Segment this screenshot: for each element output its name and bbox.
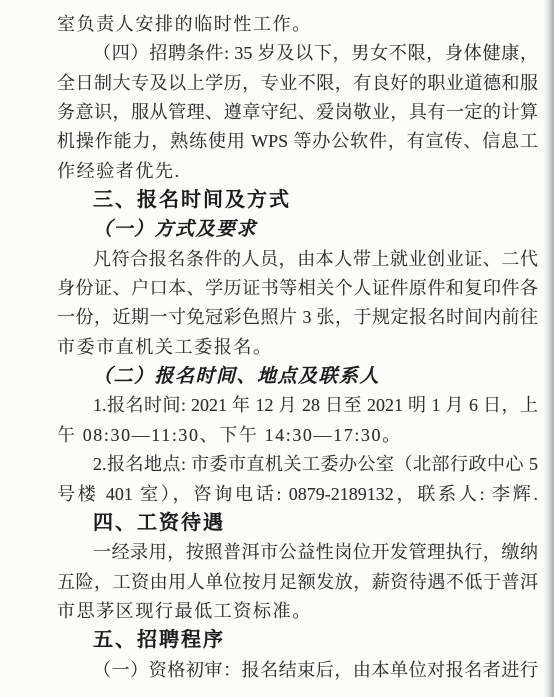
body-text-line: 一份，近期一寸免冠彩色照片 3 张，于规定报名时间内前往 [57,303,538,332]
body-text-line: （四）招聘条件: 35 岁及以下，男女不限，身体健康， [57,39,538,68]
body-text-line: 五险，工资由用人单位按月足额发放，薪资待遇不低于普洱 [57,568,538,597]
subsection-heading: （二）报名时间、地点及联系人 [57,362,538,391]
section-heading: 五、招聘程序 [57,626,538,655]
subsection-heading: （一）方式及要求 [57,215,538,244]
body-text-line: 一经录用，按照普洱市公益性岗位开发管理执行，缴纳 [57,538,538,567]
scan-edge-shadow [543,0,554,697]
scanned-document-page: 室负责人安排的临时性工作。（四）招聘条件: 35 岁及以下，男女不限，身体健康，… [0,0,554,697]
body-text-line: （一）资格初审：报名结束后，由本单位对报名者进行 [57,656,538,685]
document-content: 室负责人安排的临时性工作。（四）招聘条件: 35 岁及以下，男女不限，身体健康，… [57,10,538,685]
section-heading: 三、报名时间及方式 [57,186,538,215]
body-text-line: 全日制大专及以上学历，专业不限，有良好的职业道德和服 [57,69,538,98]
body-text-line: 作经验者优先. [57,157,538,186]
body-text-line: 2.报名地点: 市委市直机关工委办公室（北部行政中心 5 [57,450,538,479]
body-text-line: 机操作能力，熟练使用 WPS 等办公软件，有宣传、信息工 [57,127,538,156]
body-text-line: 市委市直机关工委报名。 [57,333,538,362]
body-text-line: 凡符合报名条件的人员，由本人带上就业创业证、二代 [57,245,538,274]
section-heading: 四、工资待遇 [57,509,538,538]
body-text-line: 市思茅区现行最低工资标准。 [57,597,538,626]
body-text-line: 午 08:30—11:30、下午 14:30—17:30。 [57,421,538,450]
body-text-line: 号楼 401 室），咨询电话: 0879-2189132，联系人: 李辉. [57,480,538,509]
body-text-line: 1.报名时间: 2021 年 12 月 28 日至 2021 明 1 月 6 日… [57,391,538,420]
body-text-line: 室负责人安排的临时性工作。 [57,10,538,39]
body-text-line: 身份证、户口本、学历证书等相关个人证件原件和复印件各 [57,274,538,303]
body-text-line: 务意识，服从管理、遵章守纪、爱岗敬业，具有一定的计算 [57,98,538,127]
